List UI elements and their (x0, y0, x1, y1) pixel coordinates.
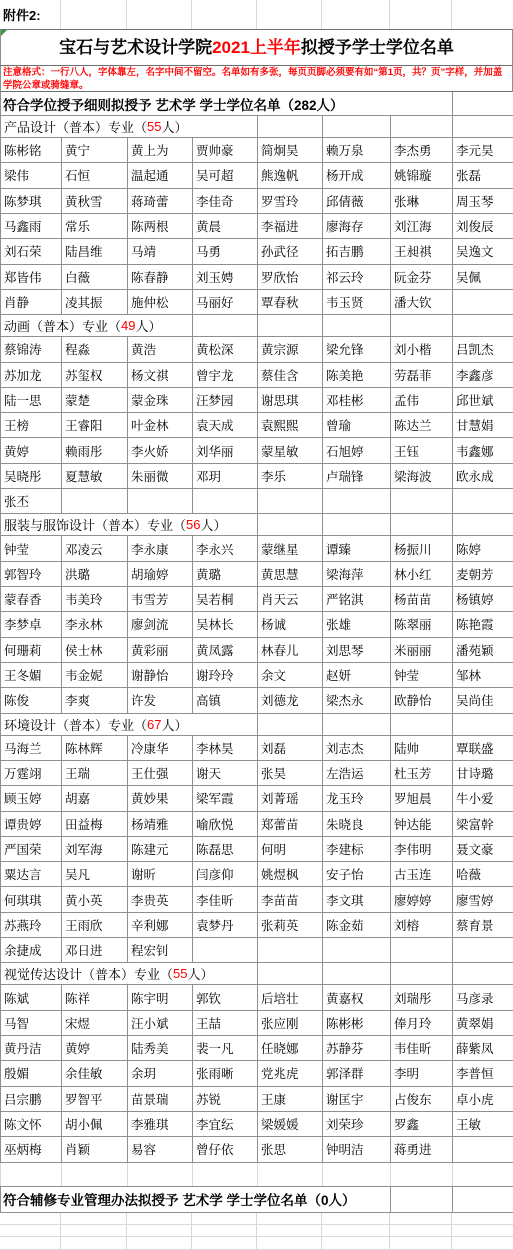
student-name-cell: 蔡佳含 (258, 363, 323, 387)
degree-list-sheet: 附件2: 宝石与艺术设计学院2021上半年拟授予学士学位名单 注意格式：一行八人… (0, 0, 513, 1250)
student-name-cell: 古玉连 (391, 862, 453, 886)
student-name-cell: 陈彬彬 (323, 1011, 391, 1035)
student-name-cell: 冷康华 (128, 736, 193, 760)
student-name-cell: 洪璐 (62, 562, 128, 586)
student-name-cell: 黄宁 (62, 138, 128, 162)
student-name-cell: 胡小佩 (62, 1112, 128, 1136)
student-name-cell: 何琪琪 (1, 887, 62, 911)
empty-row (0, 1237, 513, 1249)
student-name-cell: 粟达言 (1, 862, 62, 886)
student-name-cell: 殷媚 (1, 1061, 62, 1085)
student-name-cell: 梁海波 (391, 464, 453, 488)
grid-cell (192, 1213, 257, 1224)
student-name-cell: 刘磊 (258, 736, 323, 760)
student-name-cell: 蒙金珠 (128, 388, 193, 412)
student-name-cell: 吴凡 (62, 862, 128, 886)
student-name-cell: 王榜 (1, 413, 62, 437)
student-name-cell: 姚锦璇 (391, 163, 453, 187)
student-name-cell: 刘小楷 (391, 337, 453, 361)
student-name-cell: 钟莹 (1, 536, 62, 560)
grid-cell (192, 1225, 257, 1236)
student-name-cell: 张思 (258, 1137, 323, 1161)
student-name-cell: 李永林 (62, 612, 128, 636)
cell-error-marker-icon (1, 30, 7, 36)
student-name-cell: 蒋琦蕾 (128, 189, 193, 213)
student-name-cell: 刘德龙 (258, 688, 323, 712)
student-name-cell: 韦玉贤 (323, 290, 391, 314)
student-name-cell: 杨文祺 (128, 363, 193, 387)
student-name-cell: 罗鑫 (391, 1112, 453, 1136)
grid-cell (452, 1237, 513, 1248)
title-suffix: 拟授予学士学位名单 (301, 38, 454, 57)
student-name-cell: 肖颖 (62, 1137, 128, 1161)
grid-cell (390, 1225, 452, 1236)
student-name-cell: 曾仔依 (193, 1137, 258, 1161)
student-name-cell: 汪小斌 (128, 1011, 193, 1035)
student-name-cell: 陈磊思 (193, 837, 258, 861)
name-row: 郭智玲洪璐胡瑜婷黄璐黄思慧梁海萍林小红麦朝芳 (0, 562, 513, 587)
name-row: 马海兰陈林辉冷康华李林昊刘磊刘志杰陆帅覃联盛 (0, 736, 513, 761)
student-name-cell: 陆昌维 (62, 239, 128, 263)
student-name-cell: 韦鑫娜 (453, 438, 513, 462)
document-title: 宝石与艺术设计学院2021上半年拟授予学士学位名单 (0, 29, 513, 65)
name-row: 陈梦琪黄秋雪蒋琦蕾李佳奇罗雪玲邱倩薇张琳周玉琴 (0, 189, 513, 214)
student-name-cell: 陈林辉 (62, 736, 128, 760)
student-name-cell: 黄秋雪 (62, 189, 128, 213)
student-name-cell: 梁军霞 (193, 786, 258, 810)
student-name-cell: 左浩运 (323, 761, 391, 785)
student-name-cell: 李明 (391, 1061, 453, 1085)
student-name-cell: 顾玉婷 (1, 786, 62, 810)
grid-cell (258, 315, 323, 336)
student-name-cell: 蒙春香 (1, 587, 62, 611)
student-name-cell: 刘玉娉 (193, 265, 258, 289)
student-name-cell: 汪梦园 (193, 388, 258, 412)
student-name-cell: 占俊东 (391, 1087, 453, 1111)
minor-section-header: 符合辅修专业管理办法拟授予 艺术学 学士学位名单（0人） (0, 1186, 513, 1213)
bottom-empty-rows (0, 1213, 513, 1250)
student-name-cell: 王喆 (193, 1011, 258, 1035)
name-row: 蒙春香韦美玲韦雪芳吴若桐肖天云严铭淇杨苗苗杨镇婷 (0, 587, 513, 612)
name-row: 谭贵婷田益梅杨靖雅喻欣悦郑蕾苗朱晓良钟达能梁富幹 (0, 812, 513, 837)
student-name-cell: 王昶祺 (391, 239, 453, 263)
student-name-cell: 黄凤露 (193, 638, 258, 662)
student-name-cell: 李永康 (128, 536, 193, 560)
student-name-cell: 邓凌云 (62, 536, 128, 560)
student-name-cell: 龙玉玲 (323, 786, 391, 810)
student-name-cell: 吴逸文 (453, 239, 513, 263)
student-name-cell: 谢思琪 (258, 388, 323, 412)
name-row: 苏加龙苏玺权杨文祺曾宇龙蔡佳含陈美艳劳磊菲李鑫彦 (0, 363, 513, 388)
student-name-cell (128, 489, 193, 513)
student-name-cell: 邓玥 (193, 464, 258, 488)
student-name-cell: 梁富幹 (453, 812, 513, 836)
student-name-cell: 赖雨彤 (62, 438, 128, 462)
student-name-cell: 叶金林 (128, 413, 193, 437)
grid-cell (0, 1213, 61, 1224)
name-row: 粟达言吴凡谢昕闫彦仰姚煜枫安子怡古玉连哈薇 (0, 862, 513, 887)
grid-cell (323, 315, 391, 336)
student-name-cell: 俸月玲 (391, 1011, 453, 1035)
student-name-cell: 余玥 (128, 1061, 193, 1085)
student-name-cell: 李苗苗 (258, 887, 323, 911)
student-name-cell: 赵妍 (323, 663, 391, 687)
student-name-cell: 廖海存 (323, 214, 391, 238)
student-name-cell: 罗旭晨 (391, 786, 453, 810)
student-name-cell: 王康 (258, 1087, 323, 1111)
name-row: 李梦卓李永林廖剑流吴林长杨诚张雄陈翠丽陈艳霞 (0, 612, 513, 637)
student-name-cell: 张磊 (453, 163, 513, 187)
student-name-cell (453, 1137, 513, 1161)
student-name-cell: 罗智平 (62, 1087, 128, 1111)
grid-cell (453, 714, 513, 735)
student-name-cell: 肖静 (1, 290, 62, 314)
student-name-cell: 陈斌 (1, 985, 62, 1009)
name-row: 黄丹洁黄婷陆秀美裴一凡任晓娜苏静芬韦佳昕薛紫凤 (0, 1036, 513, 1061)
student-name-cell: 马彦录 (453, 985, 513, 1009)
student-name-cell: 石旭婷 (323, 438, 391, 462)
major-count: 67 (147, 717, 161, 732)
award-section-header-text: 符合学位授予细则拟授予 艺术学 学士学位名单（282人） (1, 92, 453, 115)
student-name-cell: 王瑞 (62, 761, 128, 785)
name-row: 王冬媚韦金妮谢静怡谢玲玲余文赵妍钟莹邹林 (0, 663, 513, 688)
grid-cell (391, 714, 453, 735)
major-title: 产品设计（普本）专业（55人） (1, 116, 258, 137)
student-name-cell: 黄彩丽 (128, 638, 193, 662)
student-name-cell: 闫彦仰 (193, 862, 258, 886)
student-name-cell: 李乐 (258, 464, 323, 488)
student-name-cell: 苏锐 (193, 1087, 258, 1111)
student-name-cell: 马勇 (193, 239, 258, 263)
student-name-cell (193, 938, 258, 962)
major-header-row: 动画（普本）专业（49人） (0, 315, 513, 337)
student-name-cell (453, 290, 513, 314)
grid-cell (1, 1163, 62, 1186)
student-name-cell: 张昊 (258, 761, 323, 785)
student-name-cell: 黄璐 (193, 562, 258, 586)
student-name-cell: 李火娇 (128, 438, 193, 462)
student-name-cell: 钟莹 (391, 663, 453, 687)
student-name-cell: 黄婷 (1, 438, 62, 462)
student-name-cell: 刘瑞彤 (391, 985, 453, 1009)
student-name-cell: 谢玲玲 (193, 663, 258, 687)
name-row: 梁伟石恒温起通吴可超熊逸帆杨开成姚锦璇张磊 (0, 163, 513, 188)
student-name-cell: 后培壮 (258, 985, 323, 1009)
student-name-cell: 谢昕 (128, 862, 193, 886)
student-name-cell (391, 489, 453, 513)
grid-cell (257, 1225, 322, 1236)
title-prefix: 宝石与艺术设计学院 (59, 38, 212, 57)
student-name-cell: 刘志杰 (323, 736, 391, 760)
major-title: 动画（普本）专业（49人） (1, 315, 193, 336)
student-name-cell: 刘俊辰 (453, 214, 513, 238)
name-row: 马智宋煜汪小斌王喆张应刚陈彬彬俸月玲黄翠娟 (0, 1011, 513, 1036)
student-name-cell: 王雨欣 (62, 913, 128, 937)
award-section-header: 符合学位授予细则拟授予 艺术学 学士学位名单（282人） (0, 92, 513, 116)
student-name-cell: 余佳敏 (62, 1061, 128, 1085)
grid-cell (61, 1225, 127, 1236)
student-name-cell: 杨开成 (323, 163, 391, 187)
student-name-cell: 蒙楚 (62, 388, 128, 412)
student-name-cell: 梁允锋 (323, 337, 391, 361)
student-name-cell: 拓吉鹏 (323, 239, 391, 263)
student-name-cell: 巫炳梅 (1, 1137, 62, 1161)
grid-cell (323, 1163, 391, 1186)
grid-cell (258, 514, 323, 535)
student-name-cell: 李元昊 (453, 138, 513, 162)
student-name-cell: 肖天云 (258, 587, 323, 611)
student-name-cell: 吕凯杰 (453, 337, 513, 361)
student-name-cell: 赖万泉 (323, 138, 391, 162)
attachment-cell: 附件2: (0, 0, 61, 29)
student-name-cell: 王钰 (391, 438, 453, 462)
student-name-cell: 黄松深 (193, 337, 258, 361)
student-name-cell: 曾宇龙 (193, 363, 258, 387)
name-row: 黄婷赖雨彤李火娇刘华丽蒙星敏石旭婷王钰韦鑫娜 (0, 438, 513, 463)
student-name-cell: 蔡锦涛 (1, 337, 62, 361)
student-name-cell: 黄宗源 (258, 337, 323, 361)
student-name-cell: 张琳 (391, 189, 453, 213)
student-name-cell: 程淼 (62, 337, 128, 361)
student-name-cell: 何珊莉 (1, 638, 62, 662)
student-name-cell: 宋煜 (62, 1011, 128, 1035)
student-name-cell: 钟达能 (391, 812, 453, 836)
student-name-cell (62, 489, 128, 513)
student-name-cell: 杨靖雅 (128, 812, 193, 836)
grid-cell (193, 1163, 258, 1186)
student-name-cell: 袁天成 (193, 413, 258, 437)
student-name-cell: 李伟明 (391, 837, 453, 861)
student-name-cell: 裴一凡 (193, 1036, 258, 1060)
grid-cell (453, 1163, 513, 1186)
student-name-cell: 钟明洁 (323, 1137, 391, 1161)
grid-cell (390, 1213, 452, 1224)
student-name-cell: 陈宇明 (128, 985, 193, 1009)
attachment-row: 附件2: (0, 0, 513, 29)
grid-cell (323, 514, 391, 535)
student-name-cell: 李永兴 (193, 536, 258, 560)
name-row: 严国荣刘军海陈建元陈磊思何明李建标李伟明聂文豪 (0, 837, 513, 862)
student-name-cell: 谭贵婷 (1, 812, 62, 836)
grid-cell (192, 0, 257, 29)
student-name-cell: 陈婷 (453, 536, 513, 560)
student-name-cell: 米丽丽 (391, 638, 453, 662)
student-name-cell: 谭臻 (323, 536, 391, 560)
grid-cell (391, 1163, 453, 1186)
student-name-cell: 严铭淇 (323, 587, 391, 611)
name-row: 马鑫雨常乐陈两根黄晨李福进廖海存刘江海刘俊辰 (0, 214, 513, 239)
student-name-cell: 杜玉芳 (391, 761, 453, 785)
student-name-cell: 祁云玲 (323, 265, 391, 289)
major-header-row: 环境设计（普本）专业（67人） (0, 714, 513, 736)
student-name-cell: 刘军海 (62, 837, 128, 861)
student-name-cell: 卓小虎 (453, 1087, 513, 1111)
student-name-cell: 谢静怡 (128, 663, 193, 687)
student-name-cell: 陆一思 (1, 388, 62, 412)
student-name-cell: 张莉英 (258, 913, 323, 937)
grid-cell (322, 1213, 390, 1224)
student-name-cell: 苏燕玲 (1, 913, 62, 937)
student-name-cell: 郑蕾苗 (258, 812, 323, 836)
grid-cell (391, 514, 453, 535)
student-name-cell: 张雨晰 (193, 1061, 258, 1085)
student-name-cell: 李贵英 (128, 887, 193, 911)
student-name-cell: 易容 (128, 1137, 193, 1161)
student-name-cell: 孟伟 (391, 388, 453, 412)
student-name-cell: 聂文豪 (453, 837, 513, 861)
student-name-cell: 陈建元 (128, 837, 193, 861)
name-row: 陈文怀胡小佩李雅琪李宜纭梁媛媛刘荣珍罗鑫王敏 (0, 1112, 513, 1137)
grid-cell (62, 1163, 128, 1186)
student-name-cell: 阮金芬 (391, 265, 453, 289)
student-name-cell: 覃春秋 (258, 290, 323, 314)
student-name-cell: 苏玺权 (62, 363, 128, 387)
minor-section-header-text: 符合辅修专业管理办法拟授予 艺术学 学士学位名单（0人） (1, 1187, 391, 1212)
name-row: 刘石荣陆昌维马靖马勇孙武径拓吉鹏王昶祺吴逸文 (0, 239, 513, 264)
grid-cell (323, 116, 391, 137)
student-name-cell: 张雄 (323, 612, 391, 636)
student-name-cell (323, 938, 391, 962)
grid-cell (258, 963, 323, 984)
empty-row (0, 1213, 513, 1225)
student-name-cell: 罗欣怡 (258, 265, 323, 289)
student-name-cell: 余捷成 (1, 938, 62, 962)
grid-cell (128, 1163, 193, 1186)
student-name-cell: 陈春静 (128, 265, 193, 289)
student-name-cell: 喻欣悦 (193, 812, 258, 836)
student-name-cell: 覃联盛 (453, 736, 513, 760)
student-name-cell: 黄思慧 (258, 562, 323, 586)
student-name-cell: 郭智玲 (1, 562, 62, 586)
major-header-row: 产品设计（普本）专业（55人） (0, 116, 513, 138)
grid-cell (127, 1237, 192, 1248)
student-name-cell: 欧静怡 (391, 688, 453, 712)
student-name-cell: 袁熙熙 (258, 413, 323, 437)
student-name-cell: 熊逸帆 (258, 163, 323, 187)
grid-cell (453, 514, 513, 535)
grid-cell (391, 963, 453, 984)
grid-cell (390, 0, 452, 29)
name-row: 吴晓彤夏慧敏朱丽微邓玥李乐卢瑞锋梁海波欧永成 (0, 464, 513, 489)
student-name-cell: 吕宗鹏 (1, 1087, 62, 1111)
student-name-cell: 梁海萍 (323, 562, 391, 586)
grid-cell (452, 1213, 513, 1224)
student-name-cell: 杨镇婷 (453, 587, 513, 611)
student-name-cell: 欧永成 (453, 464, 513, 488)
student-name-cell: 周玉琴 (453, 189, 513, 213)
student-name-cell: 邱世斌 (453, 388, 513, 412)
student-name-cell: 张丕 (1, 489, 62, 513)
student-name-cell: 梁媛媛 (258, 1112, 323, 1136)
student-name-cell: 吴若桐 (193, 587, 258, 611)
grid-cell (61, 1213, 127, 1224)
name-row: 陈彬铭黄宁黄上为贾帅豪简炯昊赖万泉李杰勇李元昊 (0, 138, 513, 163)
student-name-cell (453, 489, 513, 513)
student-name-cell: 黄小英 (62, 887, 128, 911)
grid-cell (258, 116, 323, 137)
student-name-cell: 马靖 (128, 239, 193, 263)
student-name-cell: 韦雪芳 (128, 587, 193, 611)
grid-cell (257, 1213, 322, 1224)
student-name-cell: 韦金妮 (62, 663, 128, 687)
student-name-cell: 潘苑颖 (453, 638, 513, 662)
student-name-cell: 廖婷婷 (391, 887, 453, 911)
student-name-cell: 陈金茹 (323, 913, 391, 937)
student-name-cell: 卢瑞锋 (323, 464, 391, 488)
student-name-cell: 郭泽群 (323, 1061, 391, 1085)
student-name-cell: 黄上为 (128, 138, 193, 162)
name-row: 张丕 (0, 489, 513, 514)
major-count: 55 (147, 119, 161, 134)
student-name-cell: 陈两根 (128, 214, 193, 238)
grid-cell (61, 1237, 127, 1248)
name-row: 万霆翊王瑞王仕强谢天张昊左浩运杜玉芳甘诗璐 (0, 761, 513, 786)
student-name-cell (258, 938, 323, 962)
name-row: 王榜王睿阳叶金林袁天成袁熙熙曾瑜陈达兰甘慧娟 (0, 413, 513, 438)
name-row: 陆一思蒙楚蒙金珠汪梦园谢思琪邓桂彬孟伟邱世斌 (0, 388, 513, 413)
grid-cell (258, 714, 323, 735)
student-name-cell: 黄嘉权 (323, 985, 391, 1009)
student-name-cell (193, 489, 258, 513)
student-name-cell: 李佳奇 (193, 189, 258, 213)
student-name-cell: 蒙星敏 (258, 438, 323, 462)
name-row: 余捷成邓日进程宏钊 (0, 938, 513, 963)
student-name-cell: 黄翠娟 (453, 1011, 513, 1035)
major-count: 49 (121, 318, 135, 333)
student-name-cell: 李杰勇 (391, 138, 453, 162)
student-name-cell: 刘榕 (391, 913, 453, 937)
student-name-cell (391, 938, 453, 962)
student-name-cell: 李鑫彦 (453, 363, 513, 387)
grid-cell (322, 1237, 390, 1248)
grid-cell (127, 0, 192, 29)
student-name-cell: 刘思琴 (323, 638, 391, 662)
student-name-cell: 安子怡 (323, 862, 391, 886)
student-name-cell: 李文琪 (323, 887, 391, 911)
grid-cell (453, 315, 513, 336)
student-name-cell: 黄婷 (62, 1036, 128, 1060)
name-row: 陈斌陈祥陈宇明郭钦后培壮黄嘉权刘瑞彤马彦录 (0, 985, 513, 1010)
student-name-cell: 凌其振 (62, 290, 128, 314)
grid-cell (322, 0, 390, 29)
student-name-cell: 韦美玲 (62, 587, 128, 611)
student-name-cell: 王敏 (453, 1112, 513, 1136)
student-name-cell: 陈梦琪 (1, 189, 62, 213)
student-name-cell: 夏慧敏 (62, 464, 128, 488)
student-name-cell: 邓日进 (62, 938, 128, 962)
student-name-cell: 李雅琪 (128, 1112, 193, 1136)
empty-row (0, 1225, 513, 1237)
student-name-cell: 马海兰 (1, 736, 62, 760)
major-title: 服装与服饰设计（普本）专业（56人） (1, 514, 258, 535)
student-name-cell: 胡嘉 (62, 786, 128, 810)
student-name-cell: 郭钦 (193, 985, 258, 1009)
student-name-cell: 林春儿 (258, 638, 323, 662)
student-name-cell: 陈翠丽 (391, 612, 453, 636)
name-row: 钟莹邓凌云李永康李永兴蒙继星谭臻杨振川陈婷 (0, 536, 513, 561)
student-name-cell: 余文 (258, 663, 323, 687)
student-name-cell: 朱晓良 (323, 812, 391, 836)
student-name-cell: 刘江海 (391, 214, 453, 238)
attachment-label: 附件2: (0, 5, 41, 24)
student-name-cell: 任晓娜 (258, 1036, 323, 1060)
student-name-cell: 严国荣 (1, 837, 62, 861)
grid-cell (192, 1237, 257, 1248)
student-name-cell: 陈艳霞 (453, 612, 513, 636)
student-name-cell: 刘石荣 (1, 239, 62, 263)
student-name-cell: 孙武径 (258, 239, 323, 263)
name-row: 何珊莉侯士林黄彩丽黄凤露林春儿刘思琴米丽丽潘苑颖 (0, 638, 513, 663)
